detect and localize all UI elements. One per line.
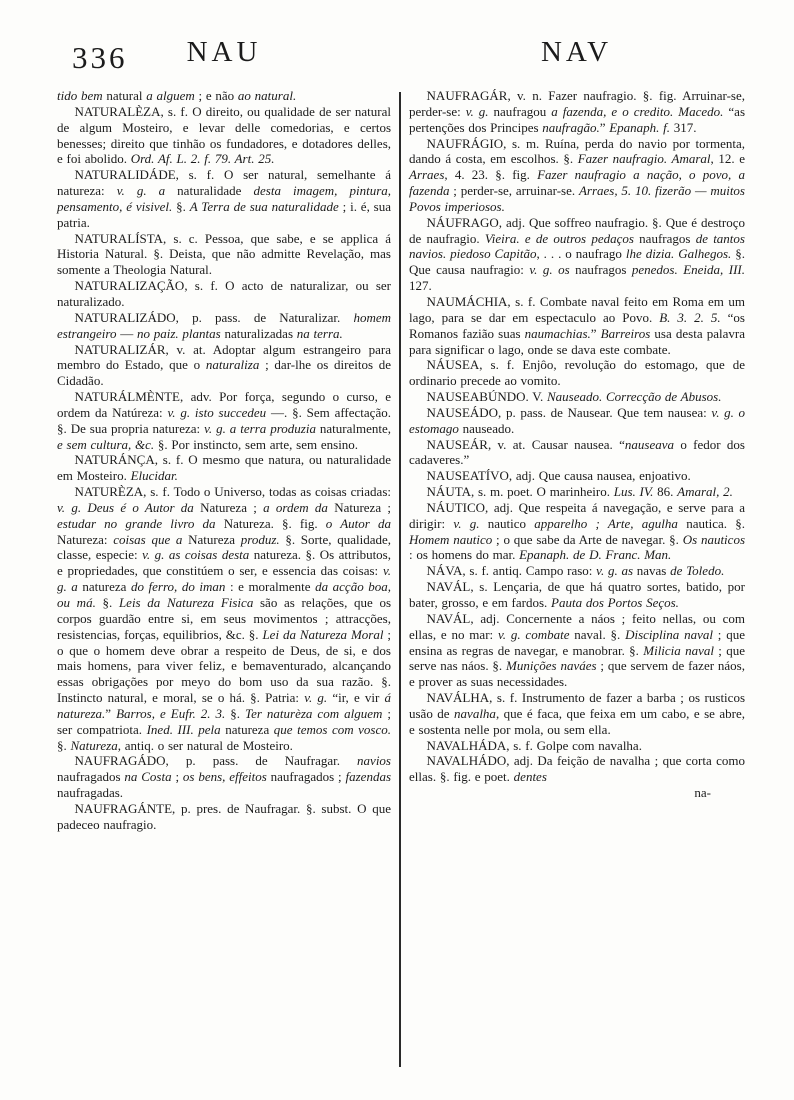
right-column: NAUFRAGÁR, v. n. Fazer naufragio. §. fig… (409, 88, 745, 801)
dictionary-entry: NAUSEÁR, v. at. Causar nausea. “nauseava… (409, 437, 745, 469)
dictionary-entry: NAUMÁCHIA, s. f. Combate naval feito em … (409, 294, 745, 357)
dictionary-entry: NATURALIDÁDE, s. f. O ser natural, semel… (57, 167, 391, 230)
left-column: tido bem natural a alguem ; e não ao nat… (57, 88, 391, 833)
dictionary-entry: NÁVA, s. f. antiq. Campo raso: v. g. as … (409, 563, 745, 579)
dictionary-entry: NÁUTICO, adj. Que respeita á navegação, … (409, 500, 745, 563)
dictionary-entry: NATURALIZÁR, v. at. Adoptar algum estran… (57, 342, 391, 390)
dictionary-entry: NAUFRAGÁR, v. n. Fazer naufragio. §. fig… (409, 88, 745, 136)
dictionary-entry: NÁUSEA, s. f. Enjôo, revolução do estoma… (409, 357, 745, 389)
dictionary-entry: NAUSEABÚNDO. V. Nauseado. Correcção de A… (409, 389, 745, 405)
dictionary-entry: NATURÁLMÈNTE, adv. Por força, segundo o … (57, 389, 391, 452)
dictionary-entry: NAUFRÁGIO, s. m. Ruína, perda do navio p… (409, 136, 745, 215)
dictionary-entry: NAUFRAGÁDO, p. pass. de Naufragar. navio… (57, 753, 391, 801)
scanned-dictionary-page: 336 NAU NAV tido bem natural a alguem ; … (0, 0, 794, 1100)
dictionary-entry: NAVALHÁDA, s. f. Golpe com navalha. (409, 738, 745, 754)
column-divider (399, 92, 401, 1067)
dictionary-entry: NÁUTA, s. m. poet. O marinheiro. Lus. IV… (409, 484, 745, 500)
dictionary-entry: tido bem natural a alguem ; e não ao nat… (57, 88, 391, 104)
dictionary-entry: NAVÁL, s. Lençaria, de que há quatro sor… (409, 579, 745, 611)
catchword: na- (409, 785, 745, 801)
dictionary-entry: NÁUFRAGO, adj. Que soffreo naufragio. §.… (409, 215, 745, 294)
dictionary-entry: NAUSEÁDO, p. pass. de Nausear. Que tem n… (409, 405, 745, 437)
running-head: 336 NAU NAV (0, 36, 794, 86)
dictionary-entry: NAUSEATÍVO, adj. Que causa nausea, enjoa… (409, 468, 745, 484)
dictionary-entry: NATURALIZÁDO, p. pass. de Naturalizar. h… (57, 310, 391, 342)
dictionary-entry: NAVALHÁDO, adj. Da feição de navalha ; q… (409, 753, 745, 785)
dictionary-entry: NAVÁLHA, s. f. Instrumento de fazer a ba… (409, 690, 745, 738)
dictionary-entry: NAUFRAGÁNTE, p. pres. de Naufragar. §. s… (57, 801, 391, 833)
running-head-right: NAV (408, 36, 745, 69)
dictionary-entry: NATURALÈZA, s. f. O direito, ou qualidad… (57, 104, 391, 167)
running-head-left: NAU (57, 36, 391, 69)
dictionary-entry: NATURALIZAÇÃO, s. f. O acto de naturaliz… (57, 278, 391, 310)
dictionary-entry: NATURÁNÇA, s. f. O mesmo que natura, ou … (57, 452, 391, 484)
dictionary-entry: NAVÁL, adj. Concernente a náos ; feito n… (409, 611, 745, 690)
dictionary-entry: NATURALÍSTA, s. c. Pessoa, que sabe, e s… (57, 231, 391, 279)
dictionary-entry: NATURÈZA, s. f. Todo o Universo, todas a… (57, 484, 391, 753)
